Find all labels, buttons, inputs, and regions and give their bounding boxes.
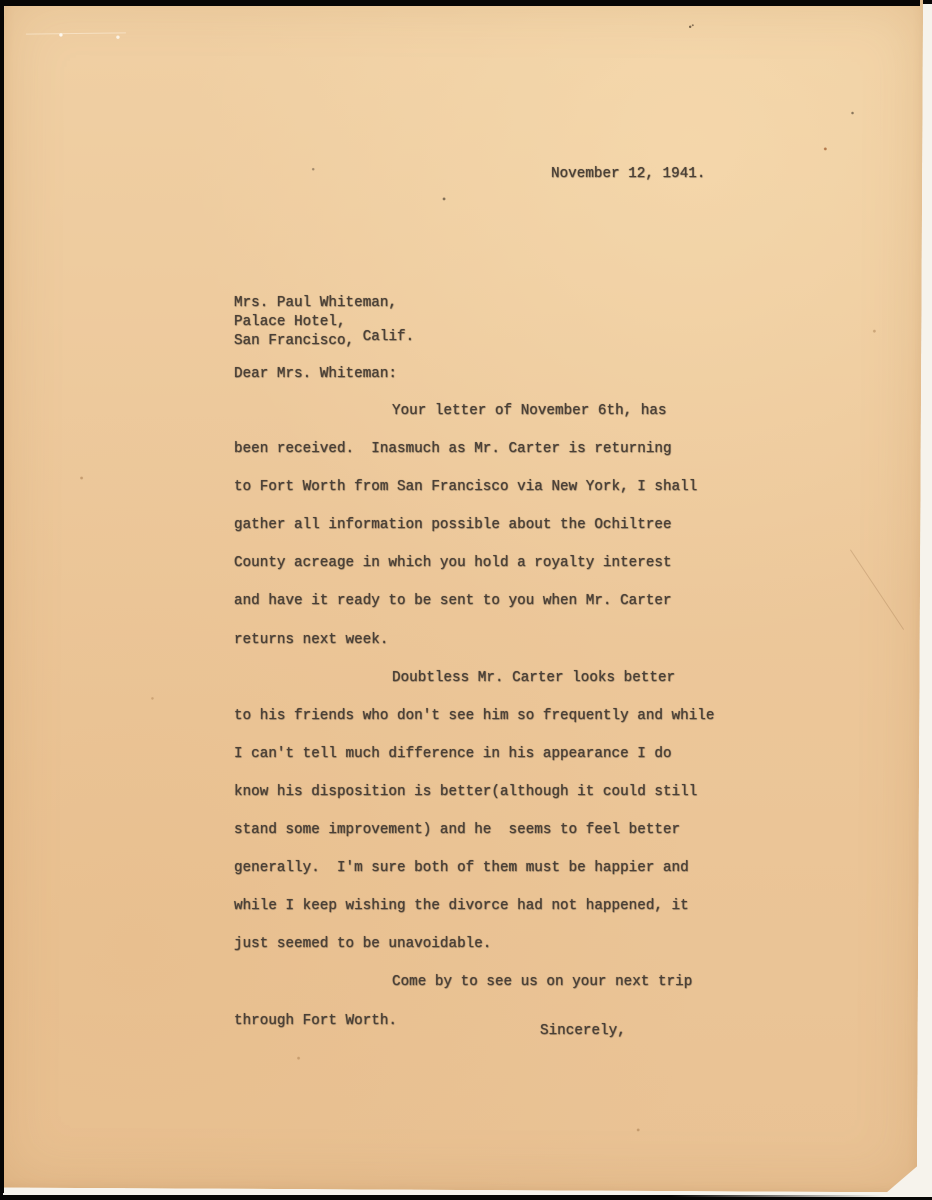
recipient-name: Mrs. Paul Whiteman,	[234, 294, 414, 313]
body-line: Your letter of November 6th, has	[234, 392, 714, 430]
body-line: through Fort Worth.	[234, 1002, 714, 1040]
body-line: know his disposition is better(although …	[234, 773, 714, 811]
salutation: Dear Mrs. Whiteman:	[234, 366, 397, 382]
body-line: and have it ready to be sent to you when…	[234, 582, 714, 620]
body-line: generally. I'm sure both of them must be…	[234, 849, 714, 887]
letter-content: November 12, 1941. Mrs. Paul Whiteman, P…	[0, 0, 932, 1200]
body-line: gather all information possible about th…	[234, 506, 714, 544]
body-line: returns next week.	[234, 621, 714, 659]
body-line: County acreage in which you hold a royal…	[234, 544, 714, 582]
body-line: while I keep wishing the divorce had not…	[234, 887, 714, 925]
letter-body: Your letter of November 6th, has been re…	[234, 392, 714, 1040]
recipient-city: San Francisco,	[234, 333, 363, 349]
recipient-state: Calif.	[363, 329, 414, 345]
closing-signature-line: Sincerely,	[540, 1023, 626, 1039]
body-line: been received. Inasmuch as Mr. Carter is…	[234, 430, 714, 468]
recipient-address-block: Mrs. Paul Whiteman, Palace Hotel, San Fr…	[234, 294, 414, 351]
recipient-city-line: San Francisco, Calif.	[234, 332, 414, 351]
body-line: I can't tell much difference in his appe…	[234, 735, 714, 773]
body-line: to his friends who don't see him so freq…	[234, 697, 714, 735]
body-line: Doubtless Mr. Carter looks better	[234, 659, 714, 697]
scanned-letter-page: November 12, 1941. Mrs. Paul Whiteman, P…	[0, 0, 932, 1200]
body-line: just seemed to be unavoidable.	[234, 925, 714, 963]
body-line: to Fort Worth from San Francisco via New…	[234, 468, 714, 506]
body-line: stand some improvement) and he seems to …	[234, 811, 714, 849]
body-line: Come by to see us on your next trip	[234, 963, 714, 1001]
letter-date: November 12, 1941.	[551, 166, 705, 182]
